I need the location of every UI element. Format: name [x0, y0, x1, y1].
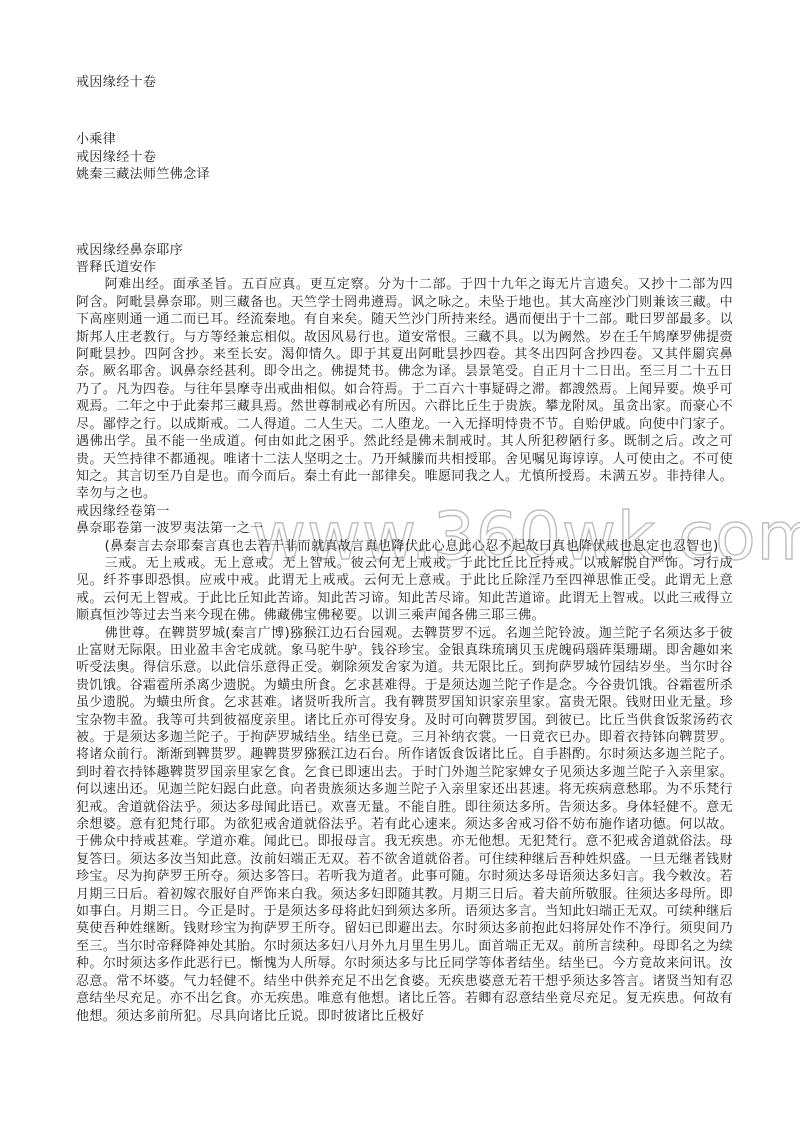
buddha-narrative-paragraph: 佛世尊。在鞞贳罗城(秦言广博)猕猴江边石台园观。去鞞贳罗不远。名迦兰陀铃波。迦兰…	[76, 625, 733, 1025]
preface-title: 戒因缘经鼻奈耶序	[76, 242, 733, 259]
three-precepts-paragraph: 三戒。无上戒戒。无上意戒。无上智戒。彼云何无上戒戒。于此比丘比丘持戒。以戒解脱自…	[76, 555, 733, 625]
document-title: 戒因缘经十卷	[76, 74, 733, 91]
document-page: www.360wk.com.cn 戒因缘经十卷 小乘律 戒因缘经十卷 姚秦三藏法…	[0, 0, 800, 1133]
chapter-title: 鼻奈耶卷第一波罗夷法第一之一	[76, 520, 733, 537]
volume-title: 戒因缘经卷第一	[76, 503, 733, 520]
chapter-note-paragraph: (鼻秦言去奈耶秦言真也去若干非而就真故言真也降伏此心息此心忍不起故曰真也降伏戒也…	[76, 538, 733, 555]
preface-body-paragraph: 阿难出经。面承圣旨。五百应真。更互定察。分为十二部。于四十九年之诲无片言遗矣。又…	[76, 276, 733, 502]
document-content: 戒因缘经十卷 小乘律 戒因缘经十卷 姚秦三藏法师竺佛念译 戒因缘经鼻奈耶序 晋释…	[76, 74, 733, 1025]
preface-author: 晋释氏道安作	[76, 259, 733, 276]
document-subtitle: 戒因缘经十卷	[76, 149, 733, 166]
translator-line: 姚秦三藏法师竺佛念译	[76, 166, 733, 183]
preface-section: 戒因缘经鼻奈耶序 晋释氏道安作 阿难出经。面承圣旨。五百应真。更互定察。分为十二…	[76, 242, 733, 1025]
front-matter: 小乘律 戒因缘经十卷 姚秦三藏法师竺佛念译	[76, 131, 733, 183]
category-label: 小乘律	[76, 131, 733, 148]
